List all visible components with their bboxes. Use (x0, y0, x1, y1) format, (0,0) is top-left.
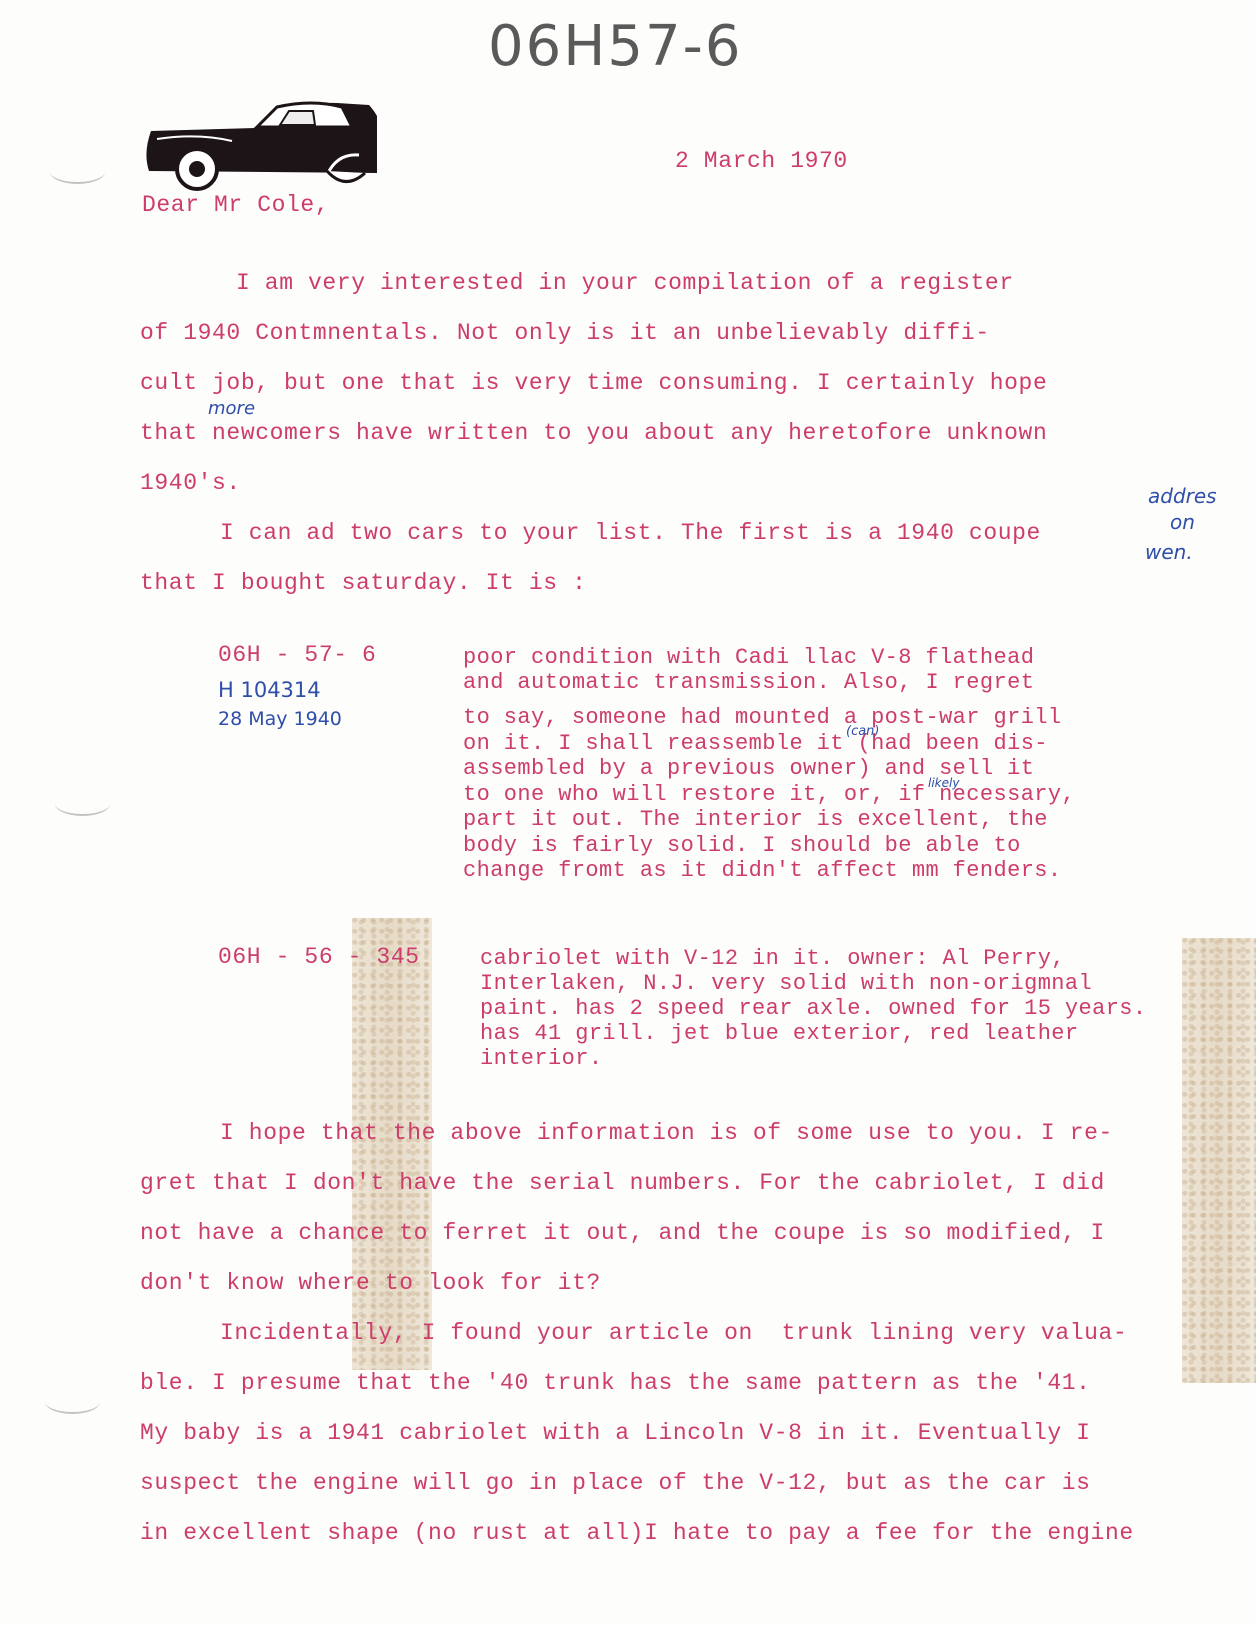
handwritten-reference: 06H57-6 (488, 14, 742, 79)
punch-mark (45, 1390, 100, 1414)
paragraph-line: cult job, but one that is very time cons… (140, 370, 1047, 396)
paragraph-line: I can ad two cars to your list. The firs… (220, 520, 1041, 546)
margin-note-line: wen. (1145, 540, 1193, 564)
entry-line: to one who will restore it, or, if neces… (463, 782, 1075, 807)
paragraph-line: suspect the engine will go in place of t… (140, 1470, 1091, 1496)
paragraph-line: Incidentally, I found your article on tr… (220, 1320, 1127, 1346)
margin-note-line: on (1170, 510, 1195, 534)
handwritten-date: 28 May 1940 (218, 708, 342, 730)
paragraph-line: 1940's. (140, 470, 241, 496)
entry-line: on it. I shall reassemble it (had been d… (463, 731, 1048, 756)
paragraph-line: that newcomers have written to you about… (140, 420, 1047, 446)
paragraph-line: that I bought saturday. It is : (140, 570, 586, 596)
letter-date: 2 March 1970 (675, 148, 848, 174)
entry-id: 06H - 57- 6 (218, 642, 376, 668)
entry-line: and automatic transmission. Also, I regr… (463, 670, 1034, 695)
paragraph-line: ble. I presume that the '40 trunk has th… (140, 1370, 1091, 1396)
punch-mark (50, 160, 105, 184)
paragraph-line: don't know where to look for it? (140, 1270, 601, 1296)
vintage-car-icon (118, 75, 358, 175)
entry-line: change fromt as it didn't affect mm fend… (463, 858, 1062, 883)
paragraph-line: not have a chance to ferret it out, and … (140, 1220, 1105, 1246)
handwritten-insertion: (can) (846, 724, 880, 739)
entry-line: part it out. The interior is excellent, … (463, 807, 1048, 832)
entry-line: paint. has 2 speed rear axle. owned for … (480, 996, 1147, 1021)
margin-note-line: addres (1148, 484, 1217, 508)
entry-line: Interlaken, N.J. very solid with non-ori… (480, 971, 1092, 996)
paragraph-line: I hope that the above information is of … (220, 1120, 1113, 1146)
entry-line: body is fairly solid. I should be able t… (463, 833, 1021, 858)
paragraph-line: gret that I don't have the serial number… (140, 1170, 1105, 1196)
entry-line: to say, someone had mounted a post-war g… (463, 705, 1062, 730)
entry-line: has 41 grill. jet blue exterior, red lea… (480, 1021, 1079, 1046)
salutation: Dear Mr Cole, (142, 192, 329, 218)
punch-mark (55, 792, 110, 816)
handwritten-insertion: more (208, 398, 255, 419)
tape-stain-right (1182, 938, 1256, 1383)
entry-line: poor condition with Cadi llac V-8 flathe… (463, 645, 1034, 670)
entry-line: interior. (480, 1046, 602, 1071)
entry-line: cabriolet with V-12 in it. owner: Al Per… (480, 946, 1065, 971)
handwritten-insertion: likely (928, 776, 959, 790)
paragraph-line: in excellent shape (no rust at all)I hat… (140, 1520, 1134, 1546)
paragraph-line: I am very interested in your compilation… (236, 270, 1014, 296)
entry-id: 06H - 56 - 345 (218, 944, 420, 970)
paragraph-line: of 1940 Contmnentals. Not only is it an … (140, 320, 990, 346)
paragraph-line: My baby is a 1941 cabriolet with a Linco… (140, 1420, 1091, 1446)
handwritten-serial: H 104314 (218, 678, 321, 702)
